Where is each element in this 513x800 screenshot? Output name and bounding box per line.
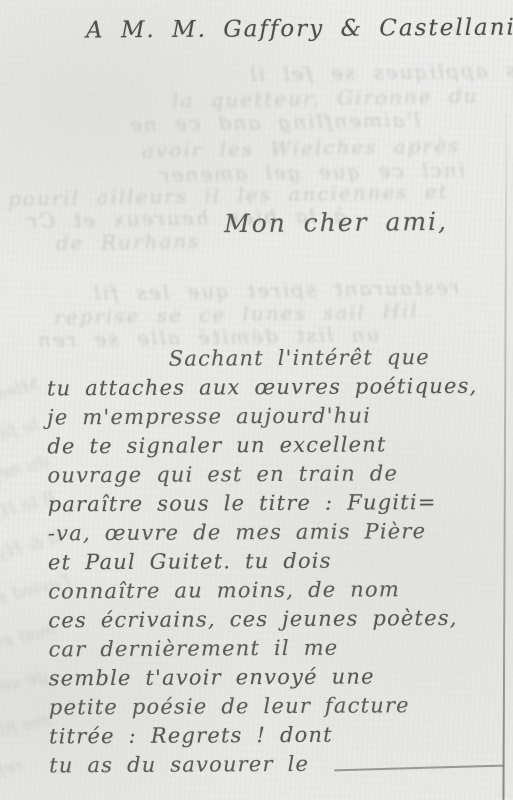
bleedthrough-mark: du ney xyxy=(0,451,51,486)
letter-body-line: tu attaches aux œuvres poétiques, xyxy=(47,372,508,404)
letter-body-line: -va, œuvre de mes amis Pière xyxy=(48,517,509,549)
letter-page: les appliques se fel il la quetteur, Gir… xyxy=(0,0,513,800)
letter-body: Sachant l'intérêt que tu attaches aux œu… xyxy=(47,343,511,781)
bleedthrough-line: de Rurhans xyxy=(56,229,201,256)
letter-body-line: et Paul Guitet. tu dois xyxy=(48,546,509,578)
letter-heading: A M. M. Gaffory & Castellani. xyxy=(86,14,513,43)
letter-body-line: paraître sous le titre : Fugiti= xyxy=(48,488,509,520)
letter-body-line: Sachant l'intérêt que xyxy=(47,343,508,375)
pencil-dot xyxy=(104,770,108,773)
letter-body-line: titrée : Regrets ! dont xyxy=(49,720,510,752)
letter-body-line: semble t'avoir envoyé une xyxy=(49,662,510,694)
bleedthrough-mark: Mlesy xyxy=(0,374,42,408)
letter-body-line: de te signaler un excellent xyxy=(47,430,508,462)
letter-body-line: tu as du savourer le xyxy=(49,749,510,781)
bleedthrough-line: les appliques se fel il xyxy=(248,57,513,86)
letter-salutation: Mon cher ami, xyxy=(224,207,448,238)
bleedthrough-mark: me fils xyxy=(0,709,52,744)
letter-body-line: petite poésie de leur facture xyxy=(49,691,510,723)
letter-body-line: ouvrage qui est en train de xyxy=(47,459,508,491)
letter-body-line: connaître au moins, de nom xyxy=(48,575,509,607)
bleedthrough-mark: ge veu xyxy=(0,665,50,700)
bleedthrough-mark: refl xyxy=(0,755,25,783)
letter-body-line: je m'empresse aujourd'hui xyxy=(47,401,508,433)
bleedthrough-line: l'aimenfling and ce ne xyxy=(128,107,421,136)
bleedthrough-mark: le fils xyxy=(0,414,41,446)
letter-body-line: ces écrivains, ces jeunes poètes, xyxy=(48,604,509,636)
letter-body-line: car dernièrement il me xyxy=(48,633,509,665)
